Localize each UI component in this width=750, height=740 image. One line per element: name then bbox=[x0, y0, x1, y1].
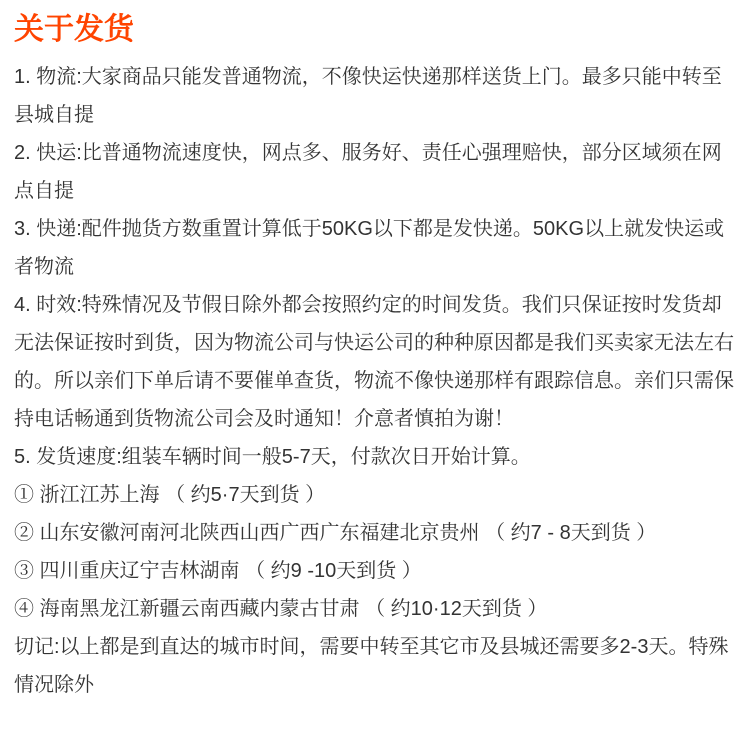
shipping-note-courier: 3. 快递:配件抛货方数重置计算低于50KG以下都是发快递。50KG以上就发快运… bbox=[14, 210, 736, 286]
delivery-region-1: ① 浙江江苏上海 （ 约5·7天到货 ） bbox=[14, 476, 736, 514]
shipping-note-reminder: 切记:以上都是到直达的城市时间，需要中转至其它市及县城还需要多2-3天。特殊情况… bbox=[14, 628, 736, 704]
shipping-note-logistics: 1. 物流:大家商品只能发普通物流，不像快运快递那样送货上门。最多只能中转至县城… bbox=[14, 58, 736, 134]
delivery-region-2: ② 山东安徽河南河北陕西山西广西广东福建北京贵州 （ 约7 - 8天到货 ） bbox=[14, 514, 736, 552]
section-title: 关于发货 bbox=[14, 12, 736, 48]
shipping-note-express-freight: 2. 快运:比普通物流速度快，网点多、服务好、责任心强理赔快，部分区域须在网点自… bbox=[14, 134, 736, 210]
delivery-region-3: ③ 四川重庆辽宁吉林湖南 （ 约9 -10天到货 ） bbox=[14, 552, 736, 590]
delivery-region-4: ④ 海南黑龙江新疆云南西藏内蒙古甘肃 （ 约10·12天到货 ） bbox=[14, 590, 736, 628]
shipping-info-section: 关于发货 1. 物流:大家商品只能发普通物流，不像快运快递那样送货上门。最多只能… bbox=[0, 0, 750, 704]
shipping-note-speed: 5. 发货速度:组装车辆时间一般5-7天，付款次日开始计算。 bbox=[14, 438, 736, 476]
shipping-note-timeliness: 4. 时效:特殊情况及节假日除外都会按照约定的时间发货。我们只保证按时发货却无法… bbox=[14, 286, 736, 438]
